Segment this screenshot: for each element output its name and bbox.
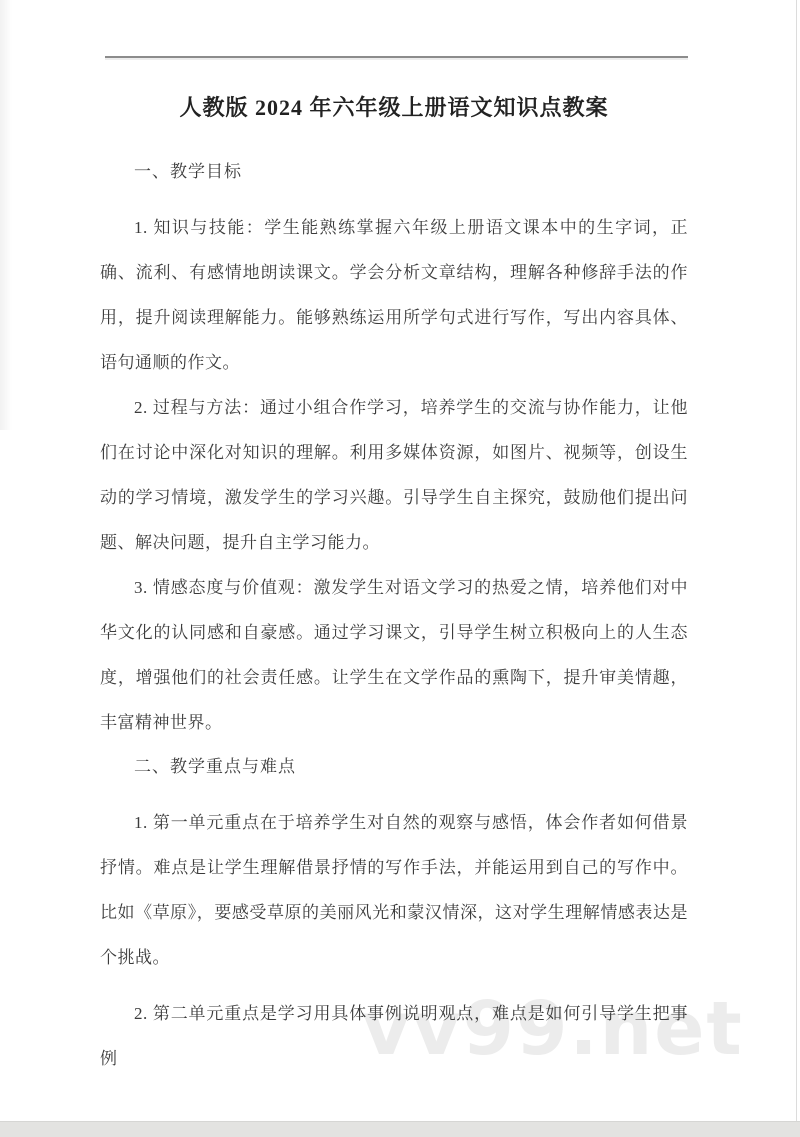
page-edge-left-shadow: [0, 0, 12, 430]
paragraph-knowledge-skills: 1. 知识与技能：学生能熟练掌握六年级上册语文课本中的生字词，正确、流利、有感情…: [100, 205, 688, 385]
section-key-difficult-points: 二、教学重点与难点 1. 第一单元重点在于培养学生对自然的观察与感悟，体会作者如…: [100, 750, 688, 1081]
section-heading: 二、教学重点与难点: [100, 750, 688, 784]
document-page: vv99.net 人教版 2024 年六年级上册语文知识点教案 一、教学目标 1…: [0, 0, 800, 1137]
paragraph-unit-two: 2. 第二单元重点是学习用具体事例说明观点，难点是如何引导学生把事例: [100, 991, 688, 1081]
document-body: 人教版 2024 年六年级上册语文知识点教案 一、教学目标 1. 知识与技能：学…: [100, 0, 688, 1081]
paragraph-emotional-values: 3. 情感态度与价值观：激发学生对语文学习的热爱之情，培养他们对中华文化的认同感…: [100, 565, 688, 745]
page-edge-right-border: [796, 0, 797, 1137]
page-bottom-edge: [0, 1121, 800, 1137]
paragraph-unit-one: 1. 第一单元重点在于培养学生对自然的观察与感悟，体会作者如何借景抒情。难点是让…: [100, 800, 688, 980]
page-title: 人教版 2024 年六年级上册语文知识点教案: [100, 92, 688, 124]
section-heading: 一、教学目标: [100, 155, 688, 189]
section-teaching-objectives: 一、教学目标 1. 知识与技能：学生能熟练掌握六年级上册语文课本中的生字词，正确…: [100, 155, 688, 745]
paragraph-process-methods: 2. 过程与方法：通过小组合作学习，培养学生的交流与协作能力，让他们在讨论中深化…: [100, 385, 688, 565]
